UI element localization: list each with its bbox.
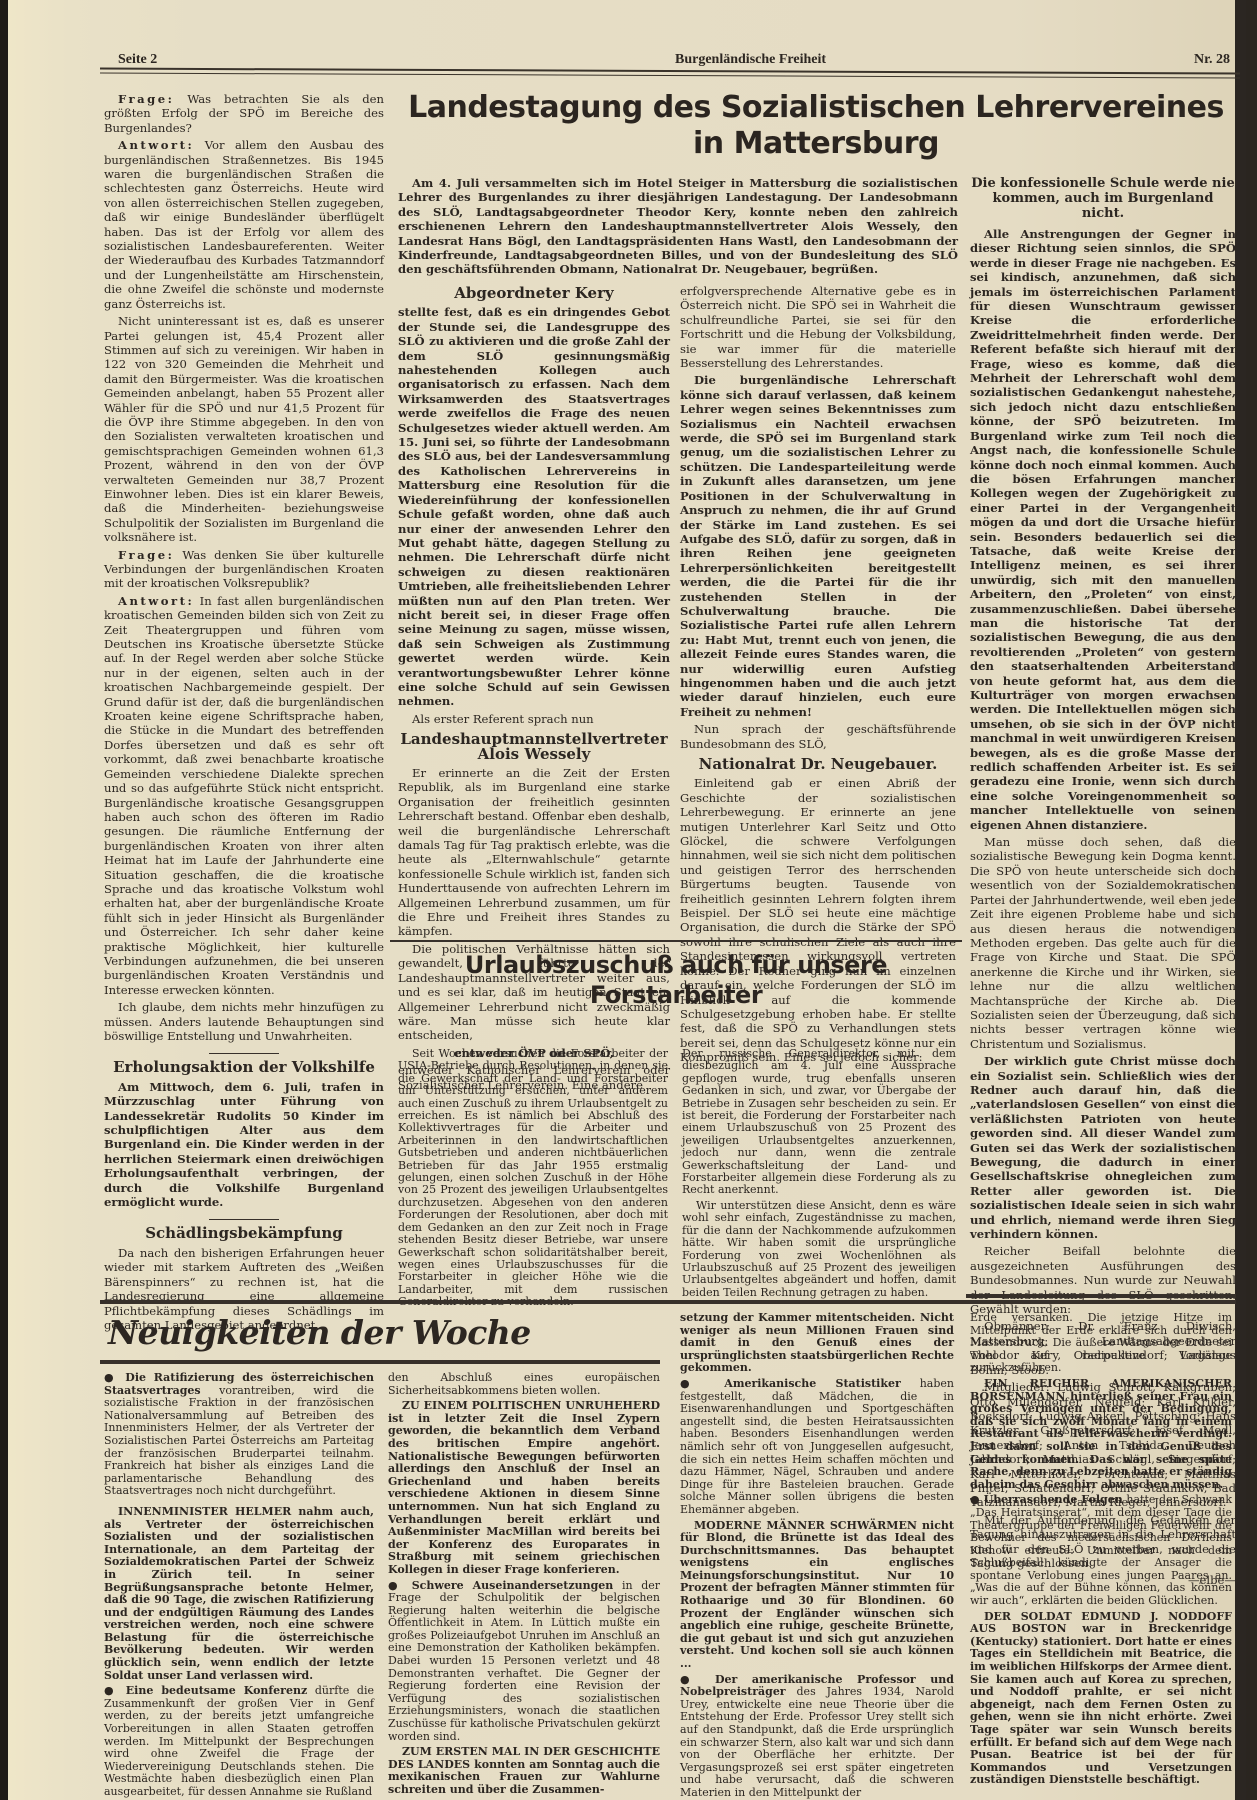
wessely-heading-2: Alois Wessely	[398, 747, 670, 761]
issue-number: Nr. 28	[1194, 52, 1230, 68]
book-spine	[0, 0, 8, 1800]
forst-col-1: Seit Wochen versuchen die Forstarbeiter …	[398, 1048, 668, 1312]
divider	[209, 1219, 279, 1220]
section-rule	[390, 940, 962, 942]
bullet-icon: ●	[680, 1377, 724, 1390]
page-edge-shadow	[1235, 0, 1246, 1800]
volkshilfe-text: Am Mittwoch, dem 6. Juli, trafen in Mürz…	[104, 1080, 384, 1210]
neugebauer-heading: Nationalrat Dr. Neugebauer.	[680, 757, 956, 771]
bullet-icon: ●	[970, 1493, 984, 1506]
kery-heading: Abgeordneter Kery	[398, 286, 670, 300]
divider	[209, 1053, 279, 1054]
news-top-rule	[100, 1300, 1236, 1304]
news-col-2: den Abschluß eines europäischen Sicherhe…	[388, 1372, 660, 1800]
interview-column: Frage: Was betrachten Sie als den größte…	[104, 92, 384, 1335]
news-col-1: ● Die Ratifizierung des österreichischen…	[104, 1372, 374, 1800]
schaedling-heading: Schädlingsbekämpfung	[104, 1226, 384, 1240]
volkshilfe-heading: Erholungsaktion der Volkshilfe	[104, 1060, 384, 1074]
column-end-rule	[966, 1294, 1236, 1298]
bullet-icon: ●	[680, 1673, 715, 1686]
forst-col-2: Der russische Generaldirektor, mit dem d…	[682, 1048, 956, 1302]
forst-headline: Urlaubszuschuß auch für unsere Forstarbe…	[390, 950, 962, 1010]
news-col-3: setzung der Kammer mitentscheiden. Nicht…	[680, 1312, 954, 1800]
news-col-4: Erde versanken. Die jetzige Hitze im Mit…	[970, 1312, 1232, 1790]
news-masthead: Neuigkeiten der Woche	[108, 1313, 628, 1352]
newspaper-name: Burgenländische Freiheit	[675, 52, 826, 68]
main-lead: Am 4. Juli versammelten sich im Hotel St…	[398, 176, 958, 280]
konfessionelle-heading: Die konfessionelle Schule werde nie komm…	[970, 176, 1236, 221]
newspaper-page: Seite 2 Burgenländische Freiheit Nr. 28 …	[8, 0, 1246, 1800]
news-masthead-rule	[100, 1360, 660, 1364]
main-headline: Landestagung des Sozialistischen Lehrerv…	[386, 90, 1246, 162]
bullet-icon: ●	[104, 1684, 126, 1697]
page-number: Seite 2	[118, 52, 157, 68]
bullet-icon: ●	[104, 1371, 125, 1384]
bullet-icon: ●	[388, 1579, 412, 1592]
